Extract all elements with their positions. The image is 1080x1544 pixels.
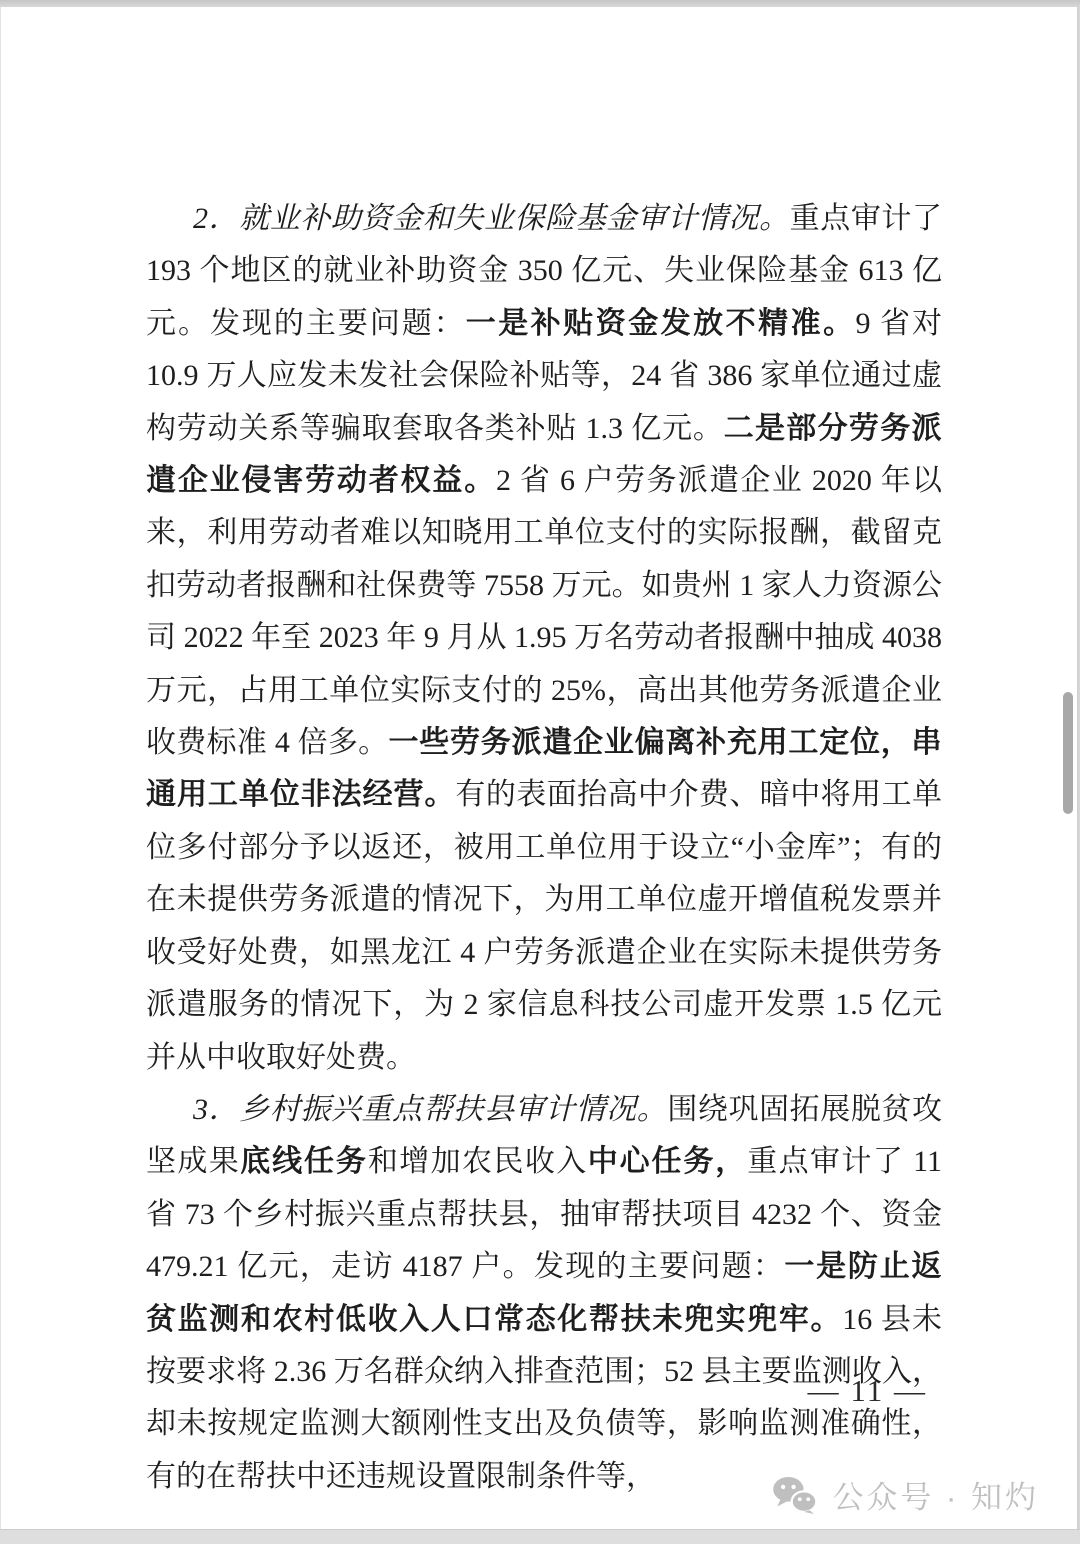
text-run-normal: 有的表面抬高中介费、暗中将用工单位多付部分予以返还，被用工单位用于设立“小金库”… [146,778,942,1073]
text-run-bold: 底线任务 [240,1145,368,1178]
watermark: 公众号 · 知灼 [772,1472,1039,1517]
document-body: 2．就业补助资金和失业保险基金审计情况。重点审计了 193 个地区的就业补助资金… [146,193,942,1503]
paragraph: 3．乡村振兴重点帮扶县审计情况。围绕巩固拓展脱贫攻坚成果底线任务和增加农民收入中… [146,1084,942,1503]
watermark-text: 公众号 · 知灼 [832,1472,1039,1517]
text-run-bold: 中心任务， [588,1145,748,1178]
text-run-bold: 一是补贴资金发放不精准。 [466,307,856,340]
paragraph: 2．就业补助资金和失业保险基金审计情况。重点审计了 193 个地区的就业补助资金… [146,193,942,1084]
viewer-top-edge [0,0,1080,7]
text-run-kai: 2．就业补助资金和失业保险基金审计情况。 [193,202,790,235]
document-page: 2．就业补助资金和失业保险基金审计情况。重点审计了 193 个地区的就业补助资金… [0,7,1078,1529]
wechat-icon [772,1476,818,1514]
text-run-normal: 和增加农民收入 [368,1145,588,1178]
text-run-kai: 3．乡村振兴重点帮扶县审计情况。 [193,1093,667,1126]
page-number: — 11 — [808,1373,927,1409]
viewer-bottom-edge [0,1529,1080,1544]
text-run-normal: 2 省 6 户劳务派遣企业 2020 年以来，利用劳动者难以知晓用工单位支付的实… [146,464,942,759]
scrollbar-thumb[interactable] [1063,692,1073,814]
document-viewer: 2．就业补助资金和失业保险基金审计情况。重点审计了 193 个地区的就业补助资金… [0,0,1080,1544]
